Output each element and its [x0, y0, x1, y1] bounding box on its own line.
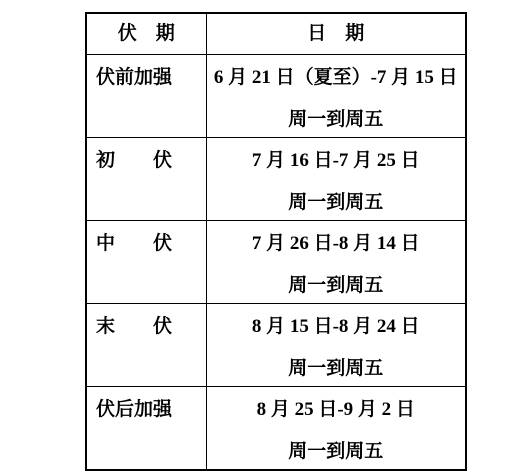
period-label: 末 伏	[87, 304, 206, 348]
period-label: 伏后加强	[87, 387, 206, 431]
weekdays-note: 周一到周五	[207, 265, 466, 303]
document-page: 伏 期 日 期 伏前加强 6 月 21 日（夏至）-7 月 15 日 周一到周五…	[0, 0, 514, 475]
period-cell: 伏前加强	[86, 55, 206, 138]
period-label: 初 伏	[87, 138, 206, 182]
table-row: 伏前加强 6 月 21 日（夏至）-7 月 15 日 周一到周五	[86, 55, 466, 138]
table-row: 末 伏 8 月 15 日-8 月 24 日 周一到周五	[86, 304, 466, 387]
header-date-cell: 日 期	[206, 13, 466, 55]
table-row: 初 伏 7 月 16 日-7 月 25 日 周一到周五	[86, 138, 466, 221]
table-row: 中 伏 7 月 26 日-8 月 14 日 周一到周五	[86, 221, 466, 304]
weekdays-note: 周一到周五	[207, 431, 466, 469]
date-range: 7 月 16 日-7 月 25 日	[207, 138, 466, 182]
date-cell: 8 月 15 日-8 月 24 日 周一到周五	[206, 304, 466, 387]
weekdays-note: 周一到周五	[207, 348, 466, 386]
date-cell: 6 月 21 日（夏至）-7 月 15 日 周一到周五	[206, 55, 466, 138]
date-range: 8 月 15 日-8 月 24 日	[207, 304, 466, 348]
date-cell: 7 月 26 日-8 月 14 日 周一到周五	[206, 221, 466, 304]
date-cell: 8 月 25 日-9 月 2 日 周一到周五	[206, 387, 466, 471]
period-cell: 末 伏	[86, 304, 206, 387]
period-label: 伏前加强	[87, 55, 206, 99]
weekdays-note: 周一到周五	[207, 182, 466, 220]
header-period-cell: 伏 期	[86, 13, 206, 55]
date-range: 8 月 25 日-9 月 2 日	[207, 387, 466, 431]
period-label: 中 伏	[87, 221, 206, 265]
date-range: 6 月 21 日（夏至）-7 月 15 日	[207, 55, 466, 99]
table-header-row: 伏 期 日 期	[86, 13, 466, 55]
table-row: 伏后加强 8 月 25 日-9 月 2 日 周一到周五	[86, 387, 466, 471]
date-cell: 7 月 16 日-7 月 25 日 周一到周五	[206, 138, 466, 221]
period-cell: 中 伏	[86, 221, 206, 304]
weekdays-note: 周一到周五	[207, 99, 466, 137]
period-cell: 伏后加强	[86, 387, 206, 471]
period-cell: 初 伏	[86, 138, 206, 221]
date-range: 7 月 26 日-8 月 14 日	[207, 221, 466, 265]
dog-days-schedule-table: 伏 期 日 期 伏前加强 6 月 21 日（夏至）-7 月 15 日 周一到周五…	[85, 12, 467, 471]
